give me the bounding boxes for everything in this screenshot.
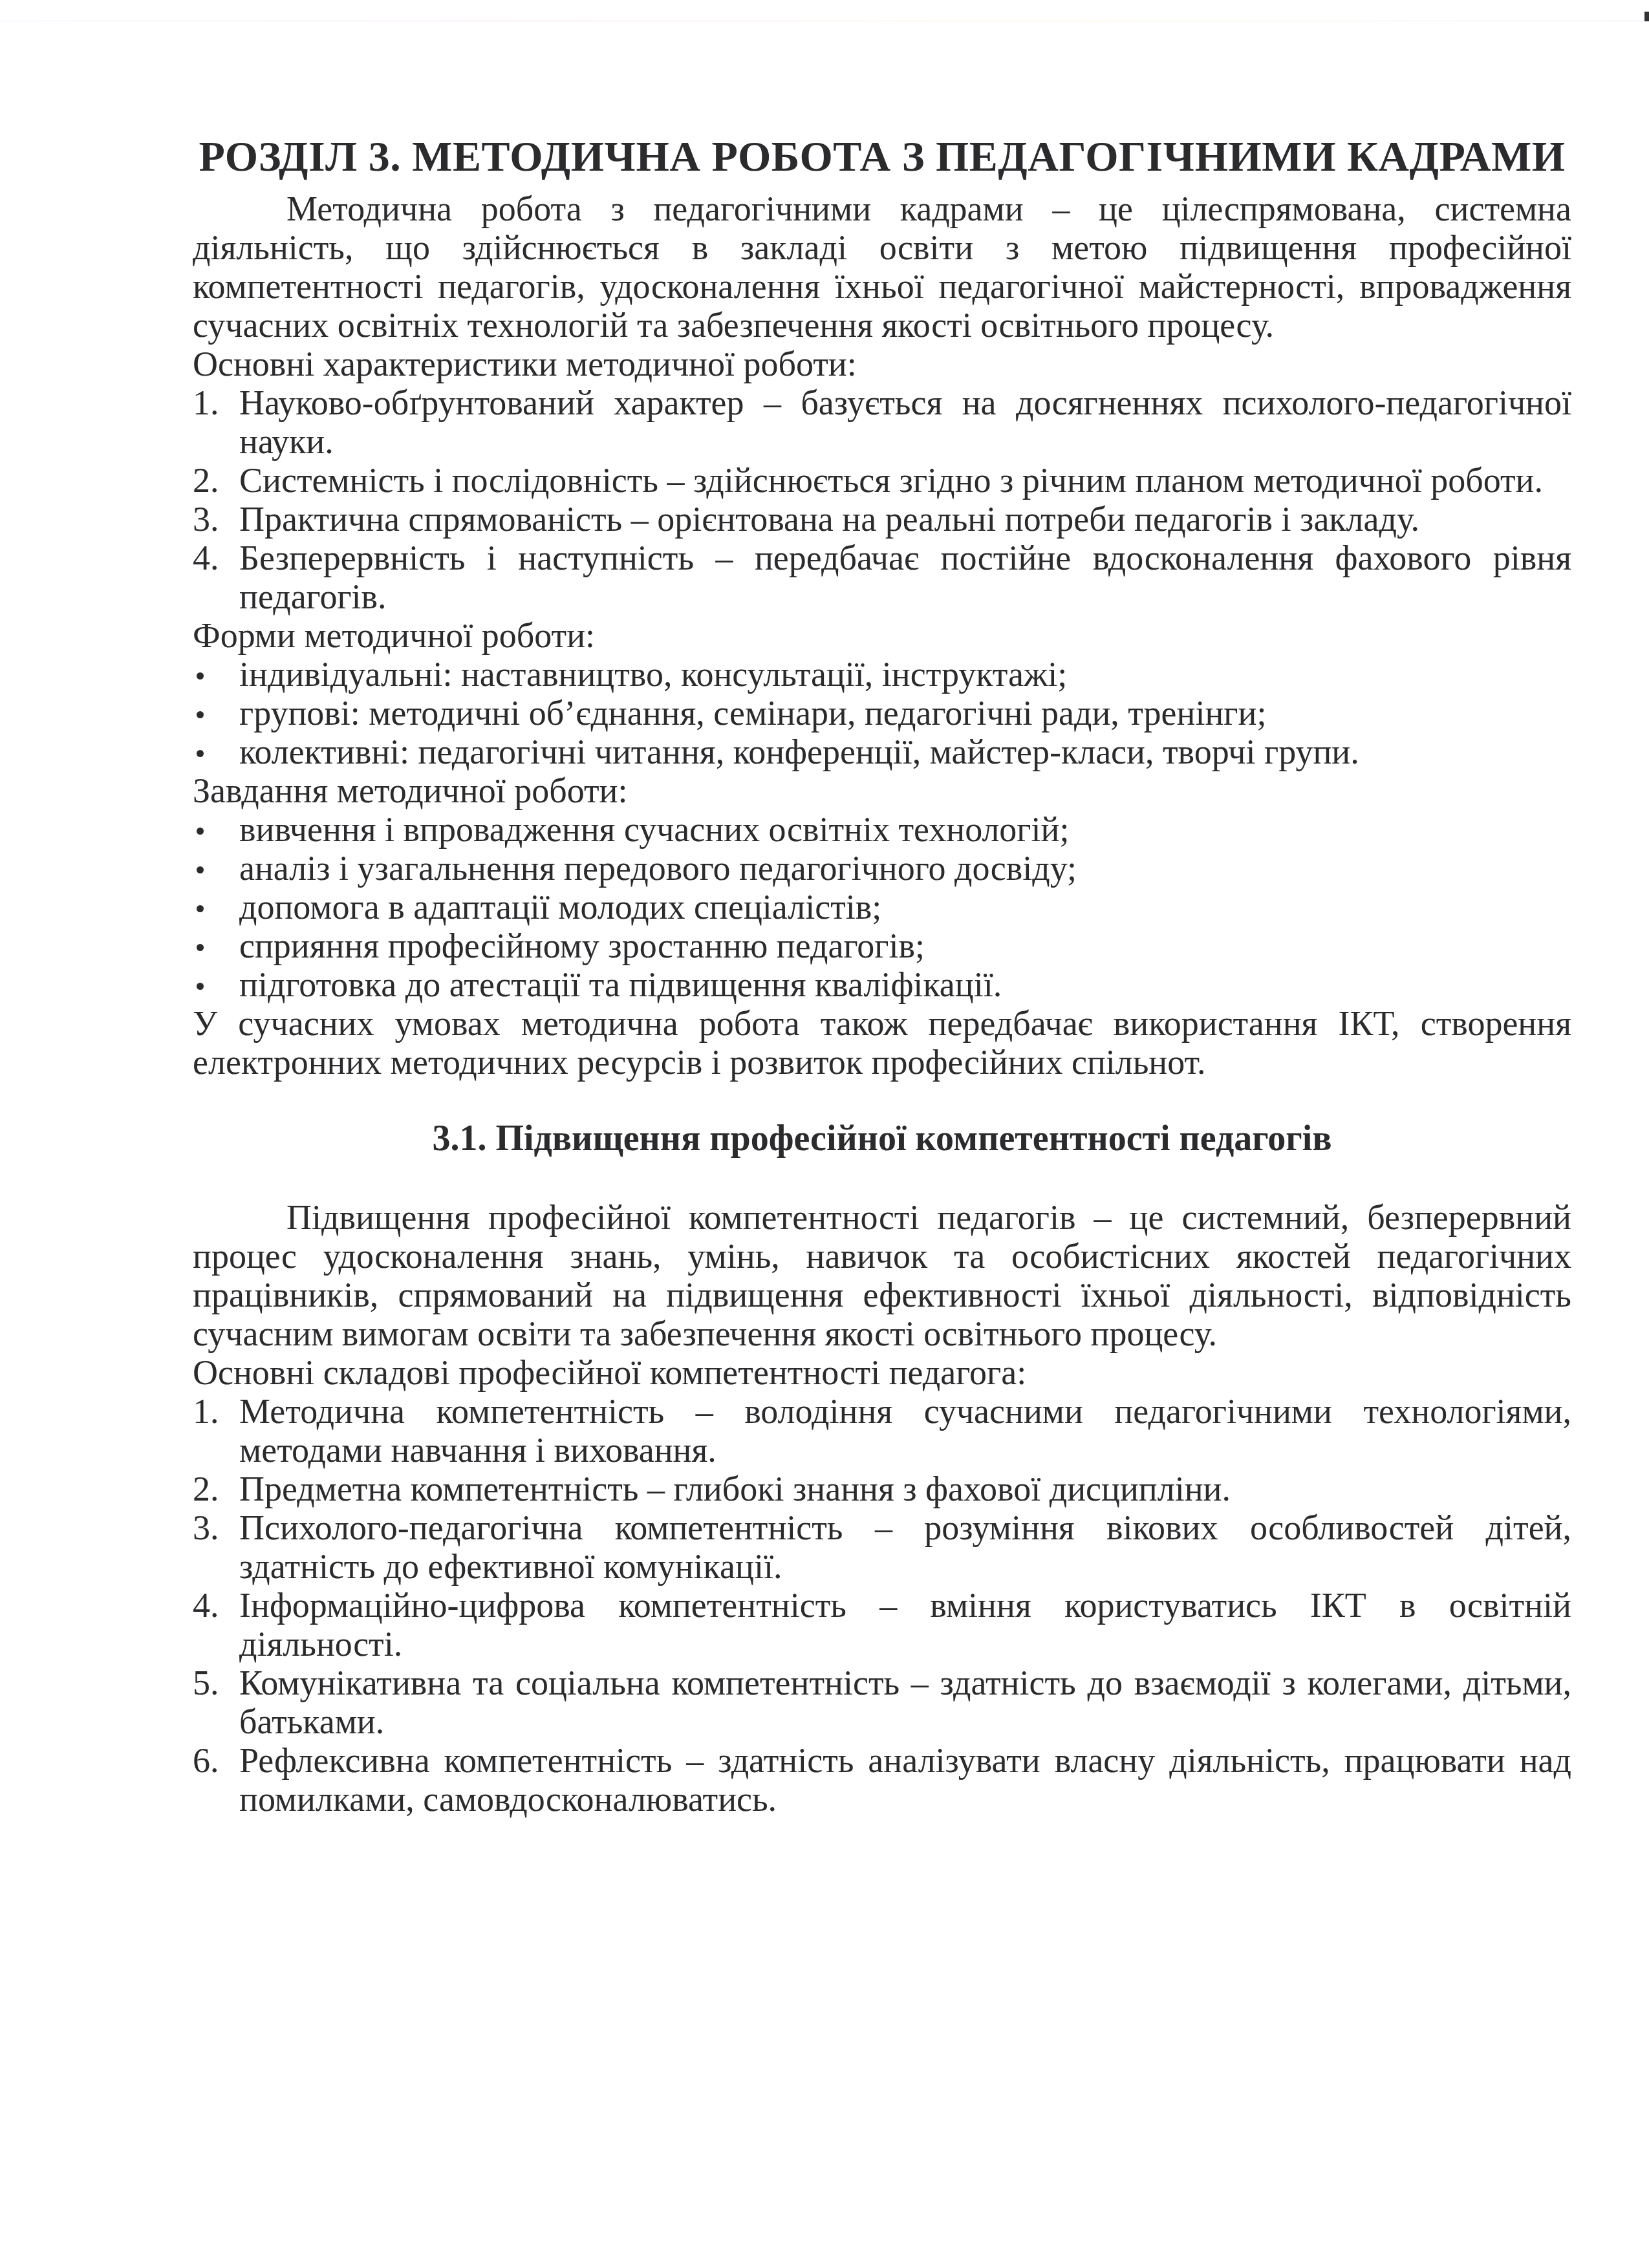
chapter-title: РОЗДІЛ 3. МЕТОДИЧНА РОБОТА З ПЕДАГОГІЧНИ… bbox=[193, 133, 1571, 182]
list-item: 2.Системність і послідовність – здійснює… bbox=[193, 461, 1571, 500]
list-item: 4.Безперервність і наступність – передба… bbox=[193, 539, 1571, 616]
list-number: 2. bbox=[193, 1470, 232, 1508]
forms-lead: Форми методичної роботи: bbox=[193, 616, 1571, 655]
list-item-text: підготовка до атестації та підвищення кв… bbox=[239, 965, 1002, 1004]
bullet-icon bbox=[197, 672, 204, 679]
document-page: РОЗДІЛ 3. МЕТОДИЧНА РОБОТА З ПЕДАГОГІЧНИ… bbox=[193, 133, 1571, 1819]
chapter-intro-paragraph: Методична робота з педагогічними кадрами… bbox=[193, 189, 1571, 345]
bullet-icon bbox=[197, 750, 204, 757]
characteristics-list: 1.Науково-обґрунтований характер – базує… bbox=[193, 383, 1571, 616]
list-number: 1. bbox=[193, 383, 232, 422]
list-item: аналіз і узагальнення передового педагог… bbox=[193, 849, 1571, 888]
chapter-conclusion-paragraph: У сучасних умовах методична робота також… bbox=[193, 1004, 1571, 1082]
list-item-text: допомога в адаптації молодих спеціалісті… bbox=[239, 888, 881, 926]
list-number: 6. bbox=[193, 1741, 232, 1780]
list-item: вивчення і впровадження сучасних освітні… bbox=[193, 810, 1571, 849]
list-item: 2.Предметна компетентність – глибокі зна… bbox=[193, 1470, 1571, 1508]
scan-corner-mark bbox=[1644, 12, 1649, 21]
list-number: 2. bbox=[193, 461, 232, 500]
bullet-icon bbox=[197, 711, 204, 718]
list-item: 1.Науково-обґрунтований характер – базує… bbox=[193, 383, 1571, 461]
list-item-text: сприяння професійному зростанню педагогі… bbox=[239, 926, 925, 965]
list-item-text: індивідуальні: наставництво, консультаці… bbox=[239, 655, 1067, 694]
list-item-text: Науково-обґрунтований характер – базуєть… bbox=[239, 383, 1571, 461]
list-item-text: аналіз і узагальнення передового педагог… bbox=[239, 849, 1077, 888]
list-item-text: Практична спрямованість – орієнтована на… bbox=[239, 500, 1419, 539]
list-item-text: Предметна компетентність – глибокі знанн… bbox=[239, 1470, 1231, 1508]
components-lead: Основні складові професійної компетентно… bbox=[193, 1353, 1571, 1392]
scan-edge-line bbox=[0, 21, 1649, 21]
bullet-icon bbox=[197, 944, 204, 951]
list-number: 3. bbox=[193, 1508, 232, 1547]
list-item: 1.Методична компетентність – володіння с… bbox=[193, 1392, 1571, 1470]
list-item-text: Психолого-педагогічна компетентність – р… bbox=[239, 1508, 1571, 1586]
list-item: сприяння професійному зростанню педагогі… bbox=[193, 926, 1571, 965]
forms-list: індивідуальні: наставництво, консультаці… bbox=[193, 655, 1571, 771]
list-item-text: Інформаційно-цифрова компетентність – вм… bbox=[239, 1586, 1571, 1664]
list-item-text: вивчення і впровадження сучасних освітні… bbox=[239, 810, 1069, 849]
list-number: 1. bbox=[193, 1392, 232, 1431]
list-item: допомога в адаптації молодих спеціалісті… bbox=[193, 888, 1571, 926]
list-item-text: Методична компетентність – володіння суч… bbox=[239, 1392, 1571, 1470]
list-number: 3. bbox=[193, 500, 232, 539]
components-list: 1.Методична компетентність – володіння с… bbox=[193, 1392, 1571, 1819]
bullet-icon bbox=[197, 866, 204, 873]
list-item-text: Безперервність і наступність – передбача… bbox=[239, 539, 1571, 616]
list-number: 4. bbox=[193, 539, 232, 577]
list-item: 5.Комунікативна та соціальна компетентні… bbox=[193, 1664, 1571, 1741]
list-item-text: групові: методичні об’єднання, семінари,… bbox=[239, 694, 1266, 733]
list-number: 4. bbox=[193, 1586, 232, 1625]
list-item: колективні: педагогічні читання, конфере… bbox=[193, 733, 1571, 771]
list-item: групові: методичні об’єднання, семінари,… bbox=[193, 694, 1571, 733]
list-item: 3.Практична спрямованість – орієнтована … bbox=[193, 500, 1571, 539]
list-item: 3.Психолого-педагогічна компетентність –… bbox=[193, 1508, 1571, 1586]
tasks-list: вивчення і впровадження сучасних освітні… bbox=[193, 810, 1571, 1004]
bullet-icon bbox=[197, 905, 204, 912]
list-item-text: Рефлексивна компетентність – здатність а… bbox=[239, 1741, 1571, 1819]
list-item: підготовка до атестації та підвищення кв… bbox=[193, 965, 1571, 1004]
characteristics-lead: Основні характеристики методичної роботи… bbox=[193, 345, 1571, 383]
bullet-icon bbox=[197, 828, 204, 835]
tasks-lead: Завдання методичної роботи: bbox=[193, 771, 1571, 810]
list-item: 6.Рефлексивна компетентність – здатність… bbox=[193, 1741, 1571, 1819]
list-item: 4.Інформаційно-цифрова компетентність – … bbox=[193, 1586, 1571, 1664]
section-title: 3.1. Підвищення професійної компетентнос… bbox=[193, 1118, 1571, 1159]
section-intro-paragraph: Підвищення професійної компетентності пе… bbox=[193, 1198, 1571, 1353]
list-item-text: Комунікативна та соціальна компетентніст… bbox=[239, 1664, 1571, 1741]
list-item: індивідуальні: наставництво, консультаці… bbox=[193, 655, 1571, 694]
bullet-icon bbox=[197, 983, 204, 990]
list-item-text: Системність і послідовність – здійснюєть… bbox=[239, 461, 1543, 500]
list-item-text: колективні: педагогічні читання, конфере… bbox=[239, 733, 1359, 771]
list-number: 5. bbox=[193, 1664, 232, 1702]
